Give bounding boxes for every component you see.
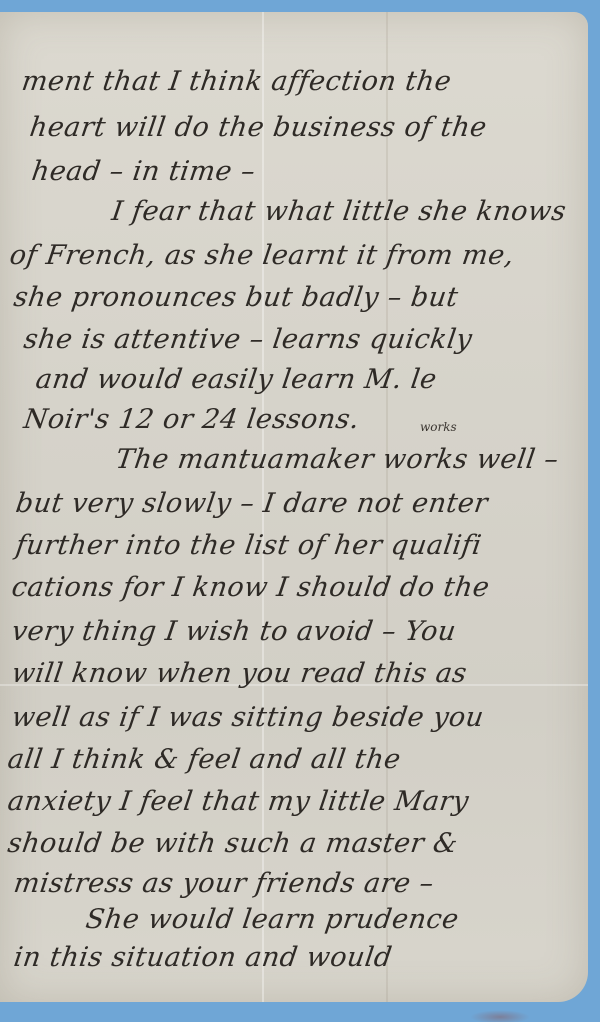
letter-line-12: further into the list of her qualifi <box>14 530 484 561</box>
letter-line-2: heart will do the business of the <box>28 112 489 143</box>
letter-line-4: I fear that what little she knows <box>110 196 568 227</box>
letter-line-13: cations for I know I should do the <box>10 572 492 603</box>
letter-line-20: mistress as your friends are – <box>12 868 436 899</box>
letter-line-5: of French, as she learnt it from me, <box>8 240 516 271</box>
letter-line-14: very thing I wish to avoid – You <box>10 616 458 647</box>
letter-line-15: will know when you read this as <box>10 658 469 689</box>
letter-line-1: ment that I think affection the <box>20 66 454 97</box>
letter-line-22: in this situation and would <box>12 942 394 973</box>
letter-line-11: but very slowly – I dare not enter <box>14 488 490 519</box>
letter-line-19: should be with such a master & <box>6 828 460 859</box>
letter-line-6: she pronounces but badly – but <box>12 282 460 313</box>
letter-line-3: head – in time – <box>30 156 258 187</box>
letter-line-18: anxiety I feel that my little Mary <box>6 786 471 817</box>
letter-line-10: The mantuamaker works well – <box>114 444 561 475</box>
letter-line-8: and would easily learn M. le <box>34 364 439 395</box>
letter-paper: ment that I think affection the heart wi… <box>0 12 588 1002</box>
letter-line-17: all I think & feel and all the <box>6 744 403 775</box>
letter-line-16: well as if I was sitting beside you <box>10 702 486 733</box>
letter-line-21: She would learn prudence <box>84 904 461 935</box>
letter-line-7: she is attentive – learns quickly <box>22 324 474 355</box>
letter-line-9: Noir's 12 or 24 lessons. <box>22 404 362 435</box>
ink-stain <box>470 1010 530 1022</box>
interlinear-insertion: works <box>420 420 457 434</box>
